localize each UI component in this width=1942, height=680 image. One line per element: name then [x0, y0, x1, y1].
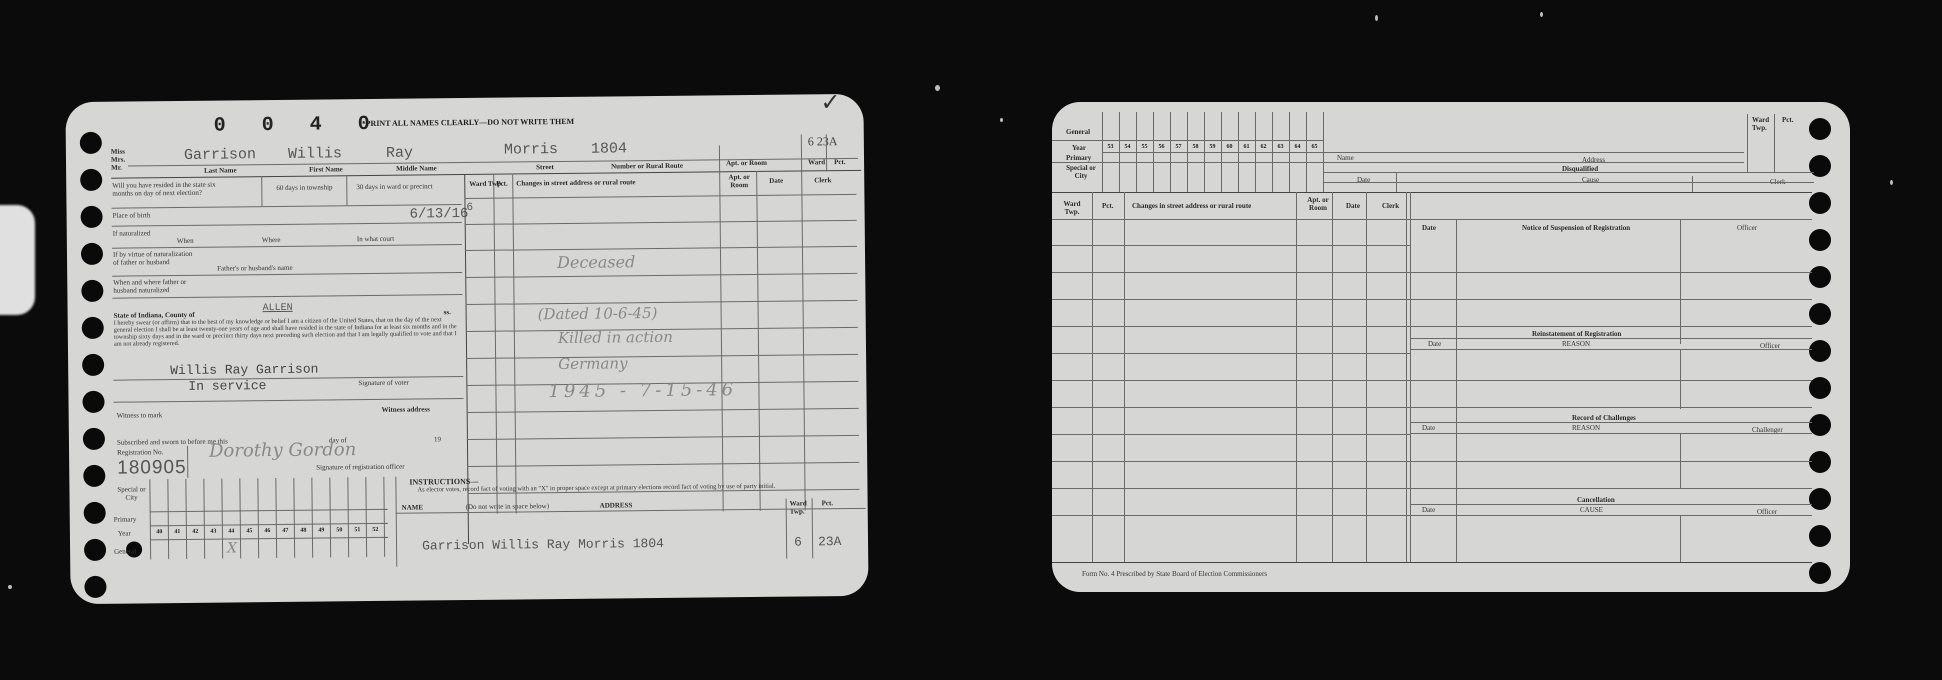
changes-apt-header: Apt. or Room [724, 173, 754, 189]
ward-pct-top: 6 23A [808, 134, 838, 149]
label-number: Number or Rural Route [611, 162, 683, 171]
transfer-pct-label: Pct. [1782, 116, 1793, 124]
oath-ss: ss. [444, 308, 451, 316]
label-street: Street [536, 163, 554, 171]
year-cell: 42 [188, 529, 203, 535]
film-tab [0, 205, 35, 315]
residence-q-ward: 30 days in ward or precinct [356, 182, 436, 191]
naturalized-where: Where [262, 236, 281, 244]
film-speck [8, 585, 12, 589]
back-registration-card: General Year Primary Special or City 53 … [1052, 102, 1850, 592]
handwritten-note-4: Germany [558, 354, 628, 373]
when-where-label: When and where father or husband natural… [113, 278, 203, 295]
birth-label: Place of birth [113, 211, 163, 220]
year-cell: 56 [1154, 144, 1169, 150]
year-cell: 49 [314, 527, 329, 533]
suspension-title: Notice of Suspension of Registration [1522, 224, 1630, 232]
handwritten-note-3: Killed in action [558, 328, 673, 347]
label-apt: Apt. or Room [726, 159, 767, 167]
cancellation-cause-header: CAUSE [1580, 506, 1603, 514]
year-prefix: 19 [434, 435, 441, 443]
changes-address-header: Changes in street address or rural route [516, 178, 635, 187]
first-name: Willis [288, 145, 342, 163]
grid-label-special: Special or City [115, 485, 147, 501]
year-cell: 51 [350, 527, 365, 533]
stub-name-address: Garrison Willis Ray Morris 1804 [422, 536, 664, 554]
label-last-name: Last Name [204, 166, 237, 174]
instructions-text: As elector votes, record fact of voting … [417, 482, 857, 495]
salutation-mrs: Mrs. [111, 156, 125, 164]
signature-note: In service [188, 378, 266, 394]
registration-no-label: Registration No. [117, 448, 163, 456]
year-cell: 44 [224, 528, 239, 534]
changes-clerk-header: Clerk [814, 176, 831, 184]
handwritten-note-2: (Dated 10-6-45) [538, 304, 658, 323]
transfer-name-label: Name [1337, 154, 1354, 162]
stub-name-header: NAME [402, 503, 423, 511]
label-pct: Pct. [834, 158, 846, 166]
year-cell: 50 [332, 527, 347, 533]
handwritten-note-1: Deceased [557, 252, 635, 272]
father-name-label: Father's or husband's name [217, 264, 293, 273]
changes-address-header: Changes in street address or rural route [1132, 202, 1251, 210]
street: Morris [504, 141, 558, 159]
changes-rows [65, 94, 863, 102]
transfer-ward-label: Ward Twp. [1752, 116, 1776, 132]
residence-q-state: Will you have resided in the state six m… [112, 180, 232, 197]
year-cell: 40 [152, 529, 167, 535]
naturalized-when: When [177, 237, 194, 245]
label-first-name: First Name [309, 165, 343, 173]
changes-apt-header: Apt. or Room [1302, 196, 1334, 212]
house-number: 1804 [591, 140, 627, 157]
year-cell: 48 [296, 528, 311, 534]
changes-pct-header: Pct. [1102, 202, 1113, 210]
year-cell: 61 [1239, 144, 1254, 150]
registration-number: 180905 [117, 457, 187, 480]
suspension-officer-header: Officer [1737, 224, 1757, 232]
year-cell: 45 [242, 528, 257, 534]
stub-pct-header: Pct. [822, 499, 834, 507]
stub-ward: 6 [794, 535, 802, 550]
header-instruction: PRINT ALL NAMES CLEARLY—DO NOT WRITE THE… [366, 117, 575, 128]
naturalized-label: If naturalized [113, 229, 163, 238]
year-cell: 41 [170, 529, 185, 535]
year-cell: 52 [368, 527, 383, 533]
label-middle-name: Middle Name [396, 164, 437, 172]
front-voting-grid: Special or City Primary Year General 40 … [65, 94, 863, 102]
year-cell: 47 [278, 528, 293, 534]
middle-name: Ray [386, 145, 413, 162]
virtue-label: If by virtue of naturalization of father… [113, 250, 198, 267]
grid-label-primary: Primary [114, 515, 137, 523]
challenges-reason-header: REASON [1572, 424, 1600, 432]
birth-date: 6/13/16 [410, 206, 469, 223]
year-cell: 58 [1188, 144, 1203, 150]
year-cell: 43 [206, 529, 221, 535]
challenges-date-header: Date [1422, 424, 1435, 432]
film-speck [1375, 15, 1378, 21]
residence-q-township: 60 days in township [276, 183, 336, 192]
punch-holes [65, 94, 863, 102]
witness-address-label: Witness address [382, 405, 430, 414]
suspension-date-header: Date [1422, 224, 1436, 232]
naturalized-court: In what court [357, 235, 394, 243]
year-cell: 64 [1290, 144, 1305, 150]
oath-text: I hereby swear (or affirm) that to the b… [114, 316, 459, 348]
officer-signature: Dorothy Gordon [209, 439, 356, 462]
grid-label-primary: Primary [1066, 154, 1091, 162]
year-cell: 54 [1120, 144, 1135, 150]
changes-clerk-header: Clerk [1382, 202, 1399, 210]
film-speck [1540, 12, 1543, 17]
reinstatement-title: Reinstatement of Registration [1532, 330, 1621, 338]
year-cell: 53 [1103, 144, 1118, 150]
salutation-mr: Mr. [111, 164, 122, 172]
voter-signature: Willis Ray Garrison [170, 362, 318, 379]
reinstatement-date-header: Date [1428, 340, 1441, 348]
card-serial: 0 0 4 0 [214, 113, 382, 138]
cancellation-title: Cancellation [1577, 496, 1615, 504]
year-cell: 59 [1205, 144, 1220, 150]
cancellation-date-header: Date [1422, 506, 1435, 514]
grid-label-special: Special or City [1066, 164, 1096, 180]
handwritten-note-5: 1945 - 7-15-46 [548, 379, 737, 402]
front-registration-card: 0 0 4 0 PRINT ALL NAMES CLEARLY—DO NOT W… [65, 94, 868, 604]
changes-first-ward: 6 [466, 202, 473, 214]
year-cell: 55 [1137, 144, 1152, 150]
changes-date-header: Date [1346, 202, 1360, 210]
year-cell: 63 [1273, 144, 1288, 150]
check-mark: ✓ [820, 94, 840, 117]
witness-mark-label: Witness to mark [117, 411, 163, 419]
salutation-miss: Miss [111, 148, 125, 156]
grid-label-year: Year [118, 530, 131, 538]
film-speck [1000, 118, 1003, 122]
year-cell: 57 [1171, 144, 1186, 150]
year-cell: 65 [1307, 144, 1322, 150]
stub-address-header: ADDRESS [600, 501, 633, 509]
label-ward: Ward [808, 158, 825, 166]
oath-county: ALLEN [263, 303, 293, 314]
general-vote-mark: X [227, 540, 237, 556]
last-name: Garrison [184, 146, 256, 164]
changes-pct-header: Pct. [496, 180, 508, 188]
film-speck [935, 85, 940, 91]
year-cell: 60 [1222, 144, 1237, 150]
stub-note: (Do not write in space below) [466, 502, 549, 511]
changes-ward-header: Ward Twp. [1058, 200, 1086, 216]
grid-label-general: General [1066, 128, 1090, 136]
changes-date-header: Date [769, 177, 783, 185]
stub-pct: 23A [818, 534, 842, 549]
grid-label-year: Year [1072, 144, 1086, 152]
challenges-title: Record of Challenges [1572, 414, 1636, 422]
year-cell: 46 [260, 528, 275, 534]
film-speck [1890, 180, 1893, 185]
year-cell: 62 [1256, 144, 1271, 150]
signature-label: Signature of voter [358, 379, 409, 388]
reinstatement-reason-header: REASON [1562, 340, 1590, 348]
form-footer: Form No. 4 Prescribed by State Board of … [1082, 570, 1267, 578]
officer-signature-label: Signature of registration officer [316, 463, 404, 472]
grid-label-general: General [114, 547, 136, 555]
